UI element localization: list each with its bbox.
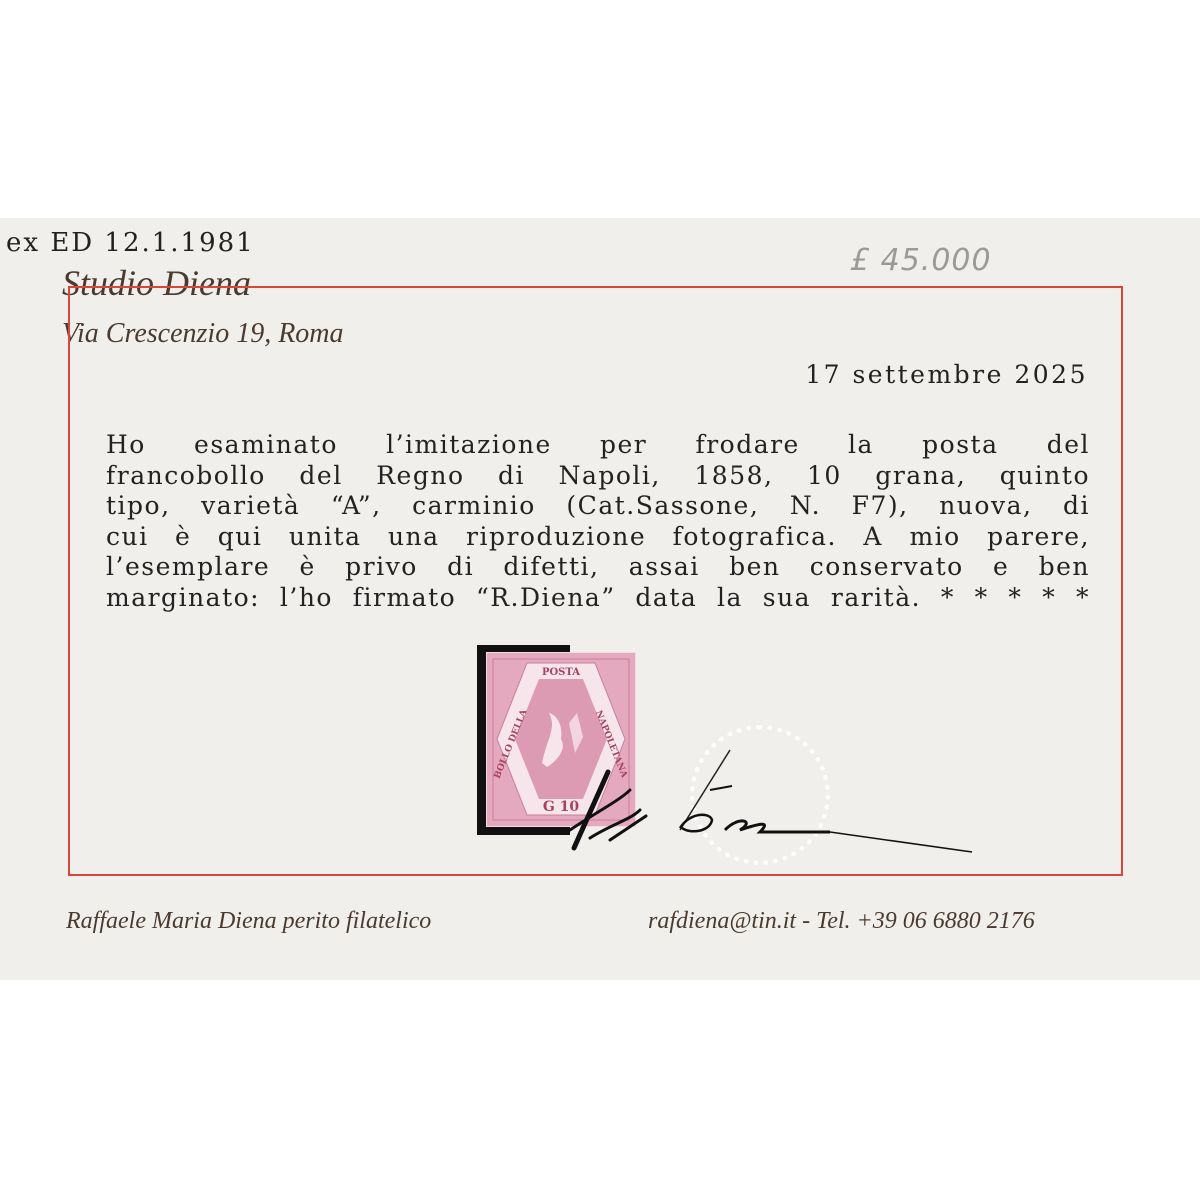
- body-line: l’esemplare è privo di difetti, assai be…: [106, 552, 1090, 583]
- certificate-body: Ho esaminato l’imitazione per frodare la…: [106, 430, 1090, 613]
- expert-name: Raffaele Maria Diena perito filatelico: [66, 908, 431, 935]
- svg-text:POSTA: POSTA: [542, 667, 580, 678]
- provenance-note: ex ED 12.1.1981: [6, 228, 255, 258]
- body-line: cui è qui unita una riproduzione fotogra…: [106, 522, 1090, 553]
- body-line: marginato: l’ho firmato “R.Diena” data l…: [106, 583, 1090, 614]
- certificate-date: 17 settembre 2025: [805, 360, 1088, 389]
- pencil-price-note: £ 45.000: [850, 243, 992, 278]
- body-line: Ho esaminato l’imitazione per frodare la…: [106, 430, 1090, 461]
- signature-icon: [560, 720, 980, 860]
- body-line: tipo, varietà “A”, carminio (Cat.Sassone…: [106, 491, 1090, 522]
- body-line: francobollo del Regno di Napoli, 1858, 1…: [106, 461, 1090, 492]
- expert-contact: rafdiena@tin.it - Tel. +39 06 6880 2176: [648, 908, 1035, 935]
